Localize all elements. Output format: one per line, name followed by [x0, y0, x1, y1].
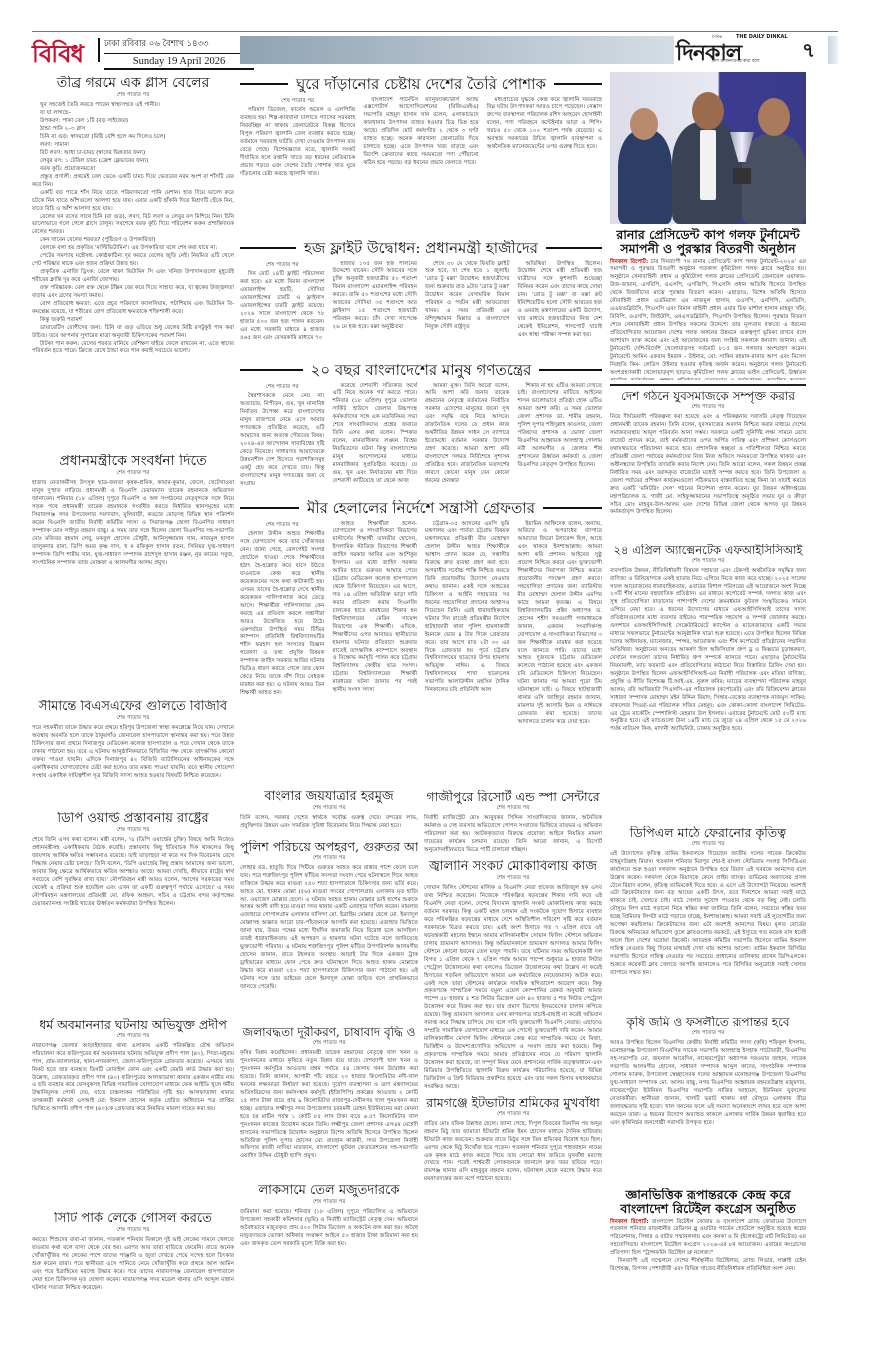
continued-label: শেষ পাতার পর: [610, 404, 806, 412]
column: শেষ পাতার পরপরিমাণ ডিজেল, ফার্নেস অয়েল …: [240, 97, 355, 179]
person-head: [758, 98, 790, 136]
paragraph: একটি বড় পাত্রে শাঁস নিয়ে তাতে পরিমাণমত…: [32, 190, 234, 214]
paragraph: ডায়াবেটিস রোগীদের জন্য: চিনি বা গুড় এড…: [32, 325, 234, 341]
article-border-bgb: সীমান্তে বিএসএফের গুলিতে বিজিবি শেষ পাতা…: [32, 700, 234, 808]
article-dp-world: ডিপি ওয়ার্ল্ড প্রস্তাবনায় রাষ্ট্রের শে…: [32, 812, 234, 1012]
article-pradip: ধর্ম অবমাননার ঘটনায় অভিযুক্ত প্রদীপ শেষ…: [32, 1018, 234, 1214]
headline: গাজীপুরে রিসোর্ট এন্ড স্পা সেন্টারে: [424, 790, 602, 804]
logo-tagline: দেশ ও জনগণের কথা বলে: [712, 58, 760, 65]
article-body: দিনকাল রিপোর্ট: চার দিনব্যাপী ৭ম রানার প…: [610, 259, 806, 381]
article-columns: শেষ পাতার পরদিন মোট ১৪টি ফ্লাইট পরিচালনা…: [240, 261, 602, 343]
continued-label: শেষ পাতার পর: [240, 1040, 418, 1048]
article-body: কৃষির বিপ্লব করেছিলেন। প্রধানমন্ত্রী তার…: [240, 1050, 418, 1161]
shirt: [700, 130, 716, 200]
article-watermelon: বাংলার জয়যাত্রার হরমুজ শেষ পাতার পর তিন…: [240, 790, 418, 840]
continued-label: শেষ পাতার পর: [32, 92, 234, 100]
paragraph: দিন মোট ১৪টি ফ্লাইট পরিচালনা করা হবে। এর…: [240, 271, 325, 342]
paragraph: রোগ প্রতিরোধ ক্ষমতা: এতে প্রচুর পরিমাণে …: [32, 301, 234, 317]
headline: ২০ বছর বাংলাদেশের মানুষ গণতন্ত্রের: [240, 362, 602, 379]
headline: জলাবদ্ধতা দূরীকরণ, চাষাবাদ বৃদ্ধি ও: [240, 1026, 418, 1039]
continued-label: শেষ পাতার পর: [424, 875, 602, 883]
paragraph: বরফ কুচি: প্রয়োজনমতো: [32, 166, 234, 174]
paragraph: লবণ: সামান্য: [32, 142, 234, 150]
paragraph: বাংলাদেশ গার্মেন্টস ম্যানুফ্যাকচারার্স অ…: [363, 97, 478, 168]
paragraph: উপকরণ: পাকা বেল ১টি (বড় সাইজের): [32, 118, 234, 126]
article-garments: ঘুরে দাঁড়ানোর চেষ্টায় দেশের তৈরি পোশাক…: [240, 76, 602, 236]
continued-label: শেষ পাতার পর: [32, 1227, 234, 1235]
headline: রামগঞ্জে ইটভাটার শ্রমিকের মুখবাঁধা: [424, 1096, 602, 1110]
article-body: নারায়ণগঞ্জ জেলার আড়াইহাজার থানা এলাকায…: [32, 1043, 234, 1114]
paragraph: চিনি বা গুড়: স্বাদমতো (মিষ্টি বেশি হলে …: [32, 134, 234, 142]
article-body: লোহার রড, হাতুড়ি দিয়ে পিটিয়ে গুরুতর আ…: [240, 865, 418, 992]
paragraph: বিট লবণ: আধা চা-চামচ (স্বাদের ভিন্নতার জ…: [32, 150, 234, 158]
continued-label: শেষ পাতার পর: [610, 841, 806, 849]
article-hajj: হজ ফ্লাইট উদ্বোধন: প্রধানমন্ত্রী হাজীদের…: [240, 240, 602, 358]
column: ইয়ামিন আহ্নিদেক বলেন, অন্যায়, অবিচার ও…: [518, 521, 603, 727]
headline: বাংলার জয়যাত্রার হরমুজ: [240, 790, 418, 804]
headline-line-1: জ্ঞানভিত্তিক রূপান্তরকে কেন্দ্র করে: [610, 1188, 806, 1202]
article-dpl: ডিপিএল মাঠে ফেরানোর কৃতিত্ব শেষ পাতার পর…: [610, 826, 806, 1016]
paragraph: খুব সহজেই তৈরি করতে পারেন স্বাস্থ্যসম্মত…: [32, 102, 234, 110]
page-number: ৭: [802, 36, 815, 69]
headline-text: ঘুরে দাঁড়ানোর চেষ্টায় দেশের তৈরি পোশাক: [296, 76, 546, 93]
masthead-divider: [98, 38, 100, 62]
article-agri-land: কৃষি জমি ও ফসলীতে রূপান্তর হবে শেষ পাতার…: [610, 1016, 806, 1184]
article-body: নির্বাহী ম্যাজিস্ট্রেট মোঃ আবুবকর সিদ্দি…: [424, 815, 602, 855]
headline: দেশ গঠনে যুবসমাজকে সম্পৃক্ত করার: [610, 390, 806, 403]
paragraph: টাটকা পান করুন: বেলের শরবত বানিয়ে বেশিক…: [32, 341, 234, 357]
headline: কৃষি জমি ও ফসলীতে রূপান্তর হবে: [610, 1016, 806, 1029]
headline: ডিপিএল মাঠে ফেরানোর কৃতিত্ব: [610, 826, 806, 840]
paragraph: আমরা মুক্ত। তিনি আরো বলেন, আমি আশা করি জ…: [425, 383, 510, 486]
paragraph: পেটের সমস্যায় মহৌষধ: কোষ্ঠকাঠিন্য দূর ক…: [32, 253, 234, 269]
paragraph: বেলের ঘন রসের সাথে চিনি (বা গুড়), লবণ, …: [32, 214, 234, 238]
person-silhouette: [618, 130, 672, 224]
article-columns: শেষ পাতার পরস্বৈরশাসককে মেনে নেয় না। অত…: [240, 383, 602, 489]
article-city-park: সিটি পার্ক লেকে গোসল করতে শেষ পাতার পর ক…: [32, 1212, 234, 1332]
date-english: Sunday 19 April 2026: [104, 54, 254, 70]
article-bel-sharbat: তীব্র গরমে এক গ্লাস বেলের শেষ পাতার পর খ…: [32, 76, 234, 368]
article-columns: শেষ পাতার পরহেলাল উদ্দীন আহত শিক্ষার্থীর…: [240, 521, 602, 727]
article-body: এই উদ্যোগের কৃতিত্ব তামিম ইকবালকে দিয়েছ…: [610, 851, 806, 978]
article-mir-helal: মীর হেলালের নির্দেশে সন্ত্রাসী গ্রেফতার …: [240, 500, 602, 788]
headline: ধর্ম অবমাননার ঘটনায় অভিযুক্ত প্রদীপ: [32, 1018, 234, 1032]
article-waterlogging: জলাবদ্ধতা দূরীকরণ, চাষাবাদ বৃদ্ধি ও শেষ …: [240, 1026, 418, 1182]
paragraph: কিন্তু জরুরি পরামর্শ: [32, 317, 234, 325]
section-divider: [610, 384, 806, 386]
continued-label: শেষ পাতার পর: [240, 98, 355, 106]
article-body: বাড়ির মোঃ রফিক উল্লাহর ছেলে। জানা গেছে,…: [424, 1121, 602, 1185]
paragraph: মধ্যপ্রাচ্যের যুদ্ধকে কেন্দ্র করে জ্বালা…: [487, 97, 602, 153]
article-democracy: ২০ বছর বাংলাদেশের মানুষ গণতন্ত্রের শেষ প…: [240, 362, 602, 494]
paragraph: হাজার ১৩৫ জন হজ পালনের উদ্দেশ্যে যাবেন। …: [333, 261, 418, 332]
newspaper-page: বিবিধ ঢাকা রবিবার ০৬ বৈশাখ ১৪৩৩ Sunday 1…: [32, 0, 838, 1352]
column: শেষ পাতার পরস্বৈরশাসককে মেনে নেয় না। অত…: [240, 383, 325, 489]
headline: ঘুরে দাঁড়ানোর চেষ্টায় দেশের তৈরি পোশাক: [240, 76, 602, 93]
byline: দিনকাল রিপোর্ট:: [610, 259, 648, 265]
paragraph: ইয়ামিন আহ্নিদেক বলেন, অন্যায়, অবিচার ও…: [518, 521, 603, 727]
body-text: চার দিনব্যাপী ৭ম রানার প্রেসিডেন্ট কাপ গ…: [610, 259, 806, 381]
article-body: ব্যবসায়িক উন্নয়ন, নীতিনির্ধারণী বিষয়ক…: [610, 568, 806, 735]
article-body: শেষে তিনি এসব কথা বলেন। মন্ত্রী বলেন, 'এ…: [32, 837, 234, 908]
paragraph: চট্টগ্রাম-০৫ আসনের এমপি ভূমি মন্ত্রণালয়…: [425, 521, 510, 696]
continued-label: শেষ পাতার পর: [32, 827, 234, 835]
headline: ডিপি ওয়ার্ল্ড প্রস্তাবনায় রাষ্ট্রের: [32, 812, 234, 826]
golf-award-photo: [610, 72, 806, 224]
article-body: খুব সহজেই তৈরি করতে পারেন স্বাস্থ্যসম্মত…: [32, 102, 234, 356]
continued-label: শেষ পাতার পর: [32, 1033, 234, 1041]
paragraph: প্রাকৃতিক এনার্জি ড্রিংক: বেলে থাকা ভিটা…: [32, 269, 234, 285]
article-body: আরও উপস্থিত ছিলেন বিএনপির কেন্দ্রীয় নির…: [610, 1040, 806, 1127]
headline-line-2: সমাপনী ও পুরস্কার বিতরণী অনুষ্ঠান: [610, 242, 806, 256]
headline: সিটি পার্ক লেকে গোসল করতে: [32, 1212, 234, 1226]
continued-label: শেষ পাতার পর: [610, 558, 806, 566]
date-bengali: ঢাকা রবিবার ০৬ বৈশাখ ১৪৩৩: [104, 37, 254, 54]
paragraph: করেছে দেশবাসী সত্যিকার অর্থে এটি নিয়ে অ…: [333, 383, 418, 486]
headline-text: ২০ বছর বাংলাদেশের মানুষ গণতন্ত্রের: [311, 362, 532, 379]
article-body: করতে। শিশুদের বাবা-মা জানান, গতকাল শনিবা…: [32, 1237, 234, 1293]
headline: প্রধানমন্ত্রীকে সংবর্ধনা দিতে: [32, 454, 234, 469]
paragraph: শিকার না হয় এটিও আমরা দেখতে চাই। বাংলাদ…: [518, 383, 603, 470]
person-head: [630, 108, 658, 140]
article-fuel-crisis: জ্বালানি সংকট মোকাবিলায় কাজ শেষ পাতার প…: [424, 860, 602, 1094]
article-body: তিনি বলেন, সরকার দেশের স্বার্থকে সর্বোচ্…: [240, 815, 418, 831]
header-gradient-band: [240, 36, 702, 64]
headline: তীব্র গরমে এক গ্লাস বেলের: [32, 76, 234, 91]
column: শেষে ৩০ মে থেকে ফিরতি ফ্লাইট শুরু হবে, য…: [425, 261, 510, 343]
headline: সীমান্তে বিএসএফের গুলিতে বিজিবি: [32, 700, 234, 714]
continued-label: শেষ পাতার পর: [240, 262, 325, 270]
headline: হজ ফ্লাইট উদ্বোধন: প্রধানমন্ত্রী হাজীদের: [240, 240, 602, 257]
headline-line-2: বাংলাদেশ রিটেইল কংগ্রেস অনুষ্ঠিত: [610, 1202, 806, 1216]
headline: লাকসামে তেল মজুতদারকে: [240, 1184, 418, 1198]
article-laksham: লাকসামে তেল মজুতদারকে শেষ পাতার পর জরিমা…: [240, 1184, 418, 1334]
paragraph: দিনব্যাপী এই সম্মেলনে দেশের শীর্ষস্থানীয…: [610, 1258, 806, 1274]
article-body: সোয়ান ফিলিং স্টেশনের মালিক ও বিএনপি নেত…: [424, 885, 602, 1091]
column: শিকার না হয় এটিও আমরা দেখতে চাই। বাংলাদ…: [518, 383, 603, 489]
paragraph: প্রস্তুত প্রণালী: প্রথমেই বেল ভেঙে একটি …: [32, 174, 234, 190]
article-golf-tournament: রানার প্রেসিডেন্ট কাপ গলফ টুর্নামেন্ট সম…: [610, 228, 806, 380]
paragraph: হেলাল উদ্দীন আহত শিক্ষার্থীর সঙ্গে যোগায…: [240, 531, 325, 698]
article-retail-congress: জ্ঞানভিত্তিক রূপান্তরকে কেন্দ্র করে বাংল…: [610, 1188, 806, 1328]
continued-label: শেষ পাতার পর: [32, 715, 234, 723]
article-body: পরে সহকর্মীরা তাকে উদ্ধার করে প্রথমে হরি…: [32, 725, 234, 781]
top-rule: [32, 31, 838, 32]
column: শেষ পাতার পরহেলাল উদ্দীন আহত শিক্ষার্থীর…: [240, 521, 325, 727]
person-head: [692, 92, 724, 130]
article-body: হাজার নেতাকর্মীসহ উৎসুক ছাত্র-জনতা কৃষক-…: [32, 480, 234, 567]
column: আহত শিক্ষার্থীরা হলেন- যোগাযোগ ও সাংবাদি…: [333, 521, 418, 727]
article-body: দিনকাল রিপোর্ট: বাংলাদেশ রিটেইল ফোরাম ও …: [610, 1219, 806, 1275]
paragraph: বেলকে বলা হয় প্রকৃতির 'মাল্টিভিটামিন'। …: [32, 245, 234, 253]
continued-label: শেষ পাতার পর: [424, 1111, 602, 1119]
article-columns: শেষ পাতার পরপরিমাণ ডিজেল, ফার্নেস অয়েল …: [240, 97, 602, 179]
continued-label: শেষ পাতার পর: [240, 1199, 418, 1207]
column: করেছে দেশবাসী সত্যিকার অর্থে এটি নিয়ে অ…: [333, 383, 418, 489]
headline: জ্বালানি সংকট মোকাবিলায় কাজ: [424, 860, 602, 874]
paragraph: লেবুর রস: ১ টেবিল চামচ (ফ্রেশ ফ্লেভারের …: [32, 158, 234, 166]
column: বাংলাদেশ গার্মেন্টস ম্যানুফ্যাকচারার্স অ…: [363, 97, 478, 179]
paragraph: অতিথিরা উপস্থিত ছিলেন। উদ্বোধন শেষে মন্ত…: [518, 261, 603, 340]
headline-line-1: রানার প্রেসিডেন্ট কাপ গলফ টুর্নামেন্ট: [610, 228, 806, 242]
continued-label: শেষ পাতার পর: [610, 1030, 806, 1038]
continued-label: শেষ পাতার পর: [424, 805, 602, 813]
headline-text: মীর হেলালের নির্দেশে সন্ত্রাসী গ্রেফতার: [307, 500, 535, 517]
continued-label: শেষ পাতার পর: [240, 384, 325, 392]
column: আমরা মুক্ত। তিনি আরো বলেন, আমি আশা করি জ…: [425, 383, 510, 489]
article-police-abduction: পুলিশ পরিচয়ে অপহরণ, গুরুতর আহত শেষ পাতা…: [240, 840, 418, 1024]
paragraph: আহত শিক্ষার্থীরা হলেন- যোগাযোগ ও সাংবাদি…: [333, 521, 418, 696]
date-box: ঢাকা রবিবার ০৬ বৈশাখ ১৪৩৩ Sunday 19 Apri…: [104, 37, 254, 70]
trophy-icon: [730, 132, 754, 190]
paragraph: শেষে ৩০ মে থেকে ফিরতি ফ্লাইট শুরু হবে, য…: [425, 261, 510, 332]
article-gazipur-resort: গাজীপুরে রিসোর্ট এন্ড স্পা সেন্টারে শেষ …: [424, 790, 602, 860]
section-name: বিবিধ: [32, 36, 83, 76]
headline: ২৪ এপ্রিল অ্যাক্মেনটেক এফআইসিসিআই: [610, 544, 806, 557]
newspaper-logo: দৈনিক THE DAILY DINKAL দিনকাল দেশ ও জনগণ…: [674, 33, 794, 65]
paragraph: ঠান্ডা পানি ২–৩ গ্লাস: [32, 126, 234, 134]
paragraph: পরিমাণ ডিজেল, ফার্নেস অয়েল ও এলপিজি ব্য…: [240, 107, 355, 178]
article-ficci: ২৪ এপ্রিল অ্যাক্মেনটেক এফআইসিসিআই শেষ পা…: [610, 544, 806, 824]
byline: দিনকাল রিপোর্ট:: [610, 1219, 649, 1225]
column: অতিথিরা উপস্থিত ছিলেন। উদ্বোধন শেষে মন্ত…: [518, 261, 603, 343]
logo-english: THE DAILY DINKAL: [736, 34, 788, 40]
headline: পুলিশ পরিচয়ে অপহরণ, গুরুতর আহত: [240, 840, 418, 854]
continued-label: শেষ পাতার পর: [240, 805, 418, 813]
headline: মীর হেলালের নির্দেশে সন্ত্রাসী গ্রেফতার: [240, 500, 602, 517]
article-pm-reception: প্রধানমন্ত্রীকে সংবর্ধনা দিতে শেষ পাতার …: [32, 454, 234, 694]
column: মধ্যপ্রাচ্যের যুদ্ধকে কেন্দ্র করে জ্বালা…: [487, 97, 602, 179]
logo-bengali: দিনকাল: [676, 36, 741, 73]
article-ramganj: রামগঞ্জে ইটভাটার শ্রমিকের মুখবাঁধা শেষ প…: [424, 1096, 602, 1334]
paragraph: রক্ত পরিষ্কারক: বেল রক্ত থেকে টক্সিন বের…: [32, 285, 234, 301]
continued-label: শেষ পাতার পর: [240, 855, 418, 863]
article-body: জরিমানা করা হয়েছে। শনিবার (১৮ এপ্রিল) দ…: [240, 1209, 418, 1249]
column: চট্টগ্রাম-০৫ আসনের এমপি ভূমি মন্ত্রণালয়…: [425, 521, 510, 727]
continued-label: শেষ পাতার পর: [240, 522, 325, 530]
column: হাজার ১৩৫ জন হজ পালনের উদ্দেশ্যে যাবেন। …: [333, 261, 418, 343]
article-youth: দেশ গঠনে যুবসমাজকে সম্পৃক্ত করার শেষ পাত…: [610, 390, 806, 542]
article-body: নিয়ে দীর্ঘমেয়াদী পরিকল্পনা করা হয়েছে …: [610, 414, 806, 517]
headline-text: হজ ফ্লাইট উদ্বোধন: প্রধানমন্ত্রী হাজীদের: [304, 240, 538, 257]
paragraph: স্বৈরশাসককে মেনে নেয় না। অত্যাচার, নিপী…: [240, 393, 325, 488]
column: শেষ পাতার পরদিন মোট ১৪টি ফ্লাইট পরিচালনা…: [240, 261, 325, 343]
continued-label: শেষ পাতার পর: [32, 470, 234, 478]
page-edge-decoration: [828, 36, 838, 64]
